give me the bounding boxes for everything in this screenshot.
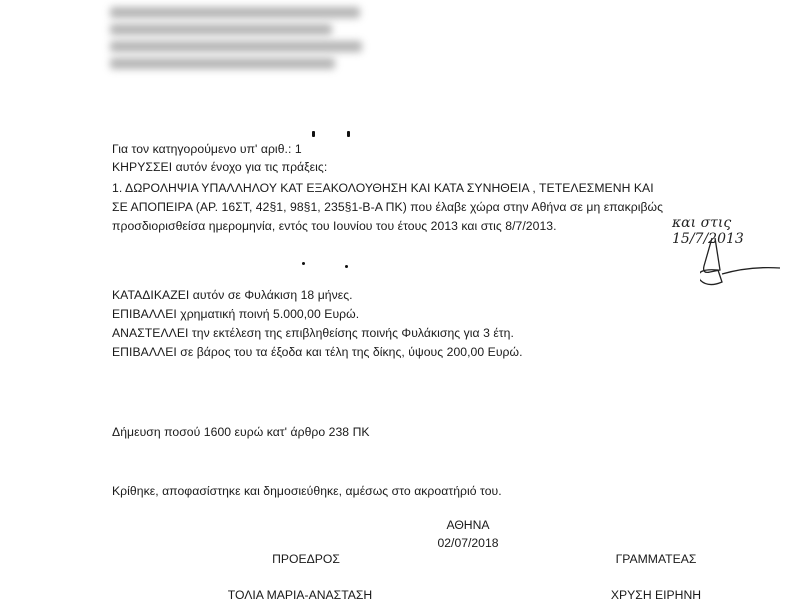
confiscation-line: Δήμευση ποσού 1600 ευρώ κατ' άρθρο 238 Π… xyxy=(112,425,370,439)
redacted-header xyxy=(110,2,368,74)
sentence-suspension: ΑΝΑΣΤΕΛΛΕΙ την εκτέλεση της επιβληθείσης… xyxy=(112,326,514,340)
secretary-title: ΓΡΑΜΜΑΤΕΑΣ xyxy=(616,552,697,566)
ink-mark xyxy=(347,131,350,137)
president-title: ΠΡΟΕΔΡΟΣ xyxy=(272,552,340,566)
place: ΑΘΗΝΑ xyxy=(446,518,489,532)
ink-dot xyxy=(302,262,305,265)
closing-line: Κρίθηκε, αποφασίστηκε και δημοσιεύθηκε, … xyxy=(112,484,502,498)
sentence-fine: ΕΠΙΒΑΛΛΕΙ χρηματική ποινή 5.000,00 Ευρώ. xyxy=(112,307,359,321)
sentence-costs: ΕΠΙΒΑΛΛΕΙ σε βάρος του τα έξοδα και τέλη… xyxy=(112,345,523,359)
charge-line-3: προσδιορισθείσα ημερομηνία, εντός του Ιο… xyxy=(112,219,557,233)
charge-line-1: 1. ΔΩΡΟΛΗΨΙΑ ΥΠΑΛΛΗΛΟΥ ΚΑΤ ΕΞΑΚΟΛΟΥΘΗΣΗ … xyxy=(112,181,654,195)
sentence-imprisonment: ΚΑΤΑΔΙΚΑΖΕΙ αυτόν σε Φυλάκιση 18 μήνες. xyxy=(112,288,353,302)
ink-dot xyxy=(345,265,348,268)
verdict-declaration: ΚΗΡΥΣΣΕΙ αυτόν ένοχο για τις πράξεις: xyxy=(112,160,327,174)
ink-mark xyxy=(312,131,315,137)
charge-line-2: ΣΕ ΑΠΟΠΕΙΡΑ (ΑΡ. 16ΣΤ, 42§1, 98§1, 235§1… xyxy=(112,200,663,214)
secretary-name: ΧΡΥΣΗ ΕΙΡΗΝΗ xyxy=(611,588,701,600)
president-name: ΤΟΛΙΑ ΜΑΡΙΑ-ΑΝΑΣΤΑΣΗ xyxy=(228,588,372,600)
signature-mark xyxy=(700,236,790,286)
date: 02/07/2018 xyxy=(438,536,499,550)
defendant-line: Για τον κατηγορούμενο υπ' αριθ.: 1 xyxy=(112,142,302,156)
